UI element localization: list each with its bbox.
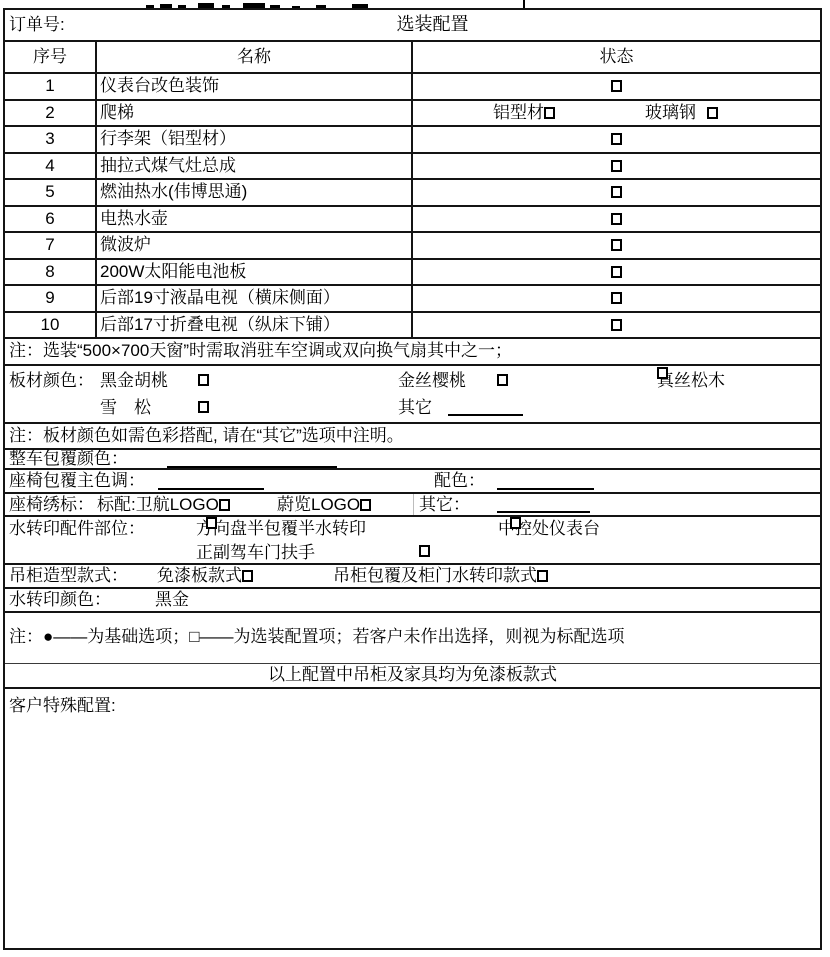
row-no: 8	[5, 260, 97, 285]
board-color-opt1-label: 黑金胡桃	[100, 367, 168, 395]
vehicle-wrap-color-label: 整车包覆颜色：	[9, 450, 128, 468]
cabinet-style-row: 吊柜造型款式： 免漆板款式 吊柜包覆及柜门水转印款式	[5, 565, 820, 589]
customer-special-row: 客户特殊配置:	[5, 689, 820, 948]
row-no: 9	[5, 286, 97, 311]
order-config-sheet: 订单号: 选装配置 序号 名称 状态 1 仪表台改色装饰 2 爬梯 铝型材 玻璃…	[0, 0, 830, 957]
checkbox-item-6[interactable]	[611, 213, 622, 225]
table-row-3: 3 行李架（铝型材）	[5, 127, 820, 154]
checkbox-steering-wheel[interactable]	[206, 517, 217, 529]
table-row-7: 7 微波炉	[5, 233, 820, 260]
cabinet-opt2-label: 吊柜包覆及柜门水转印款式	[333, 565, 548, 587]
checkbox-board-goldsilk-cherry[interactable]	[497, 374, 508, 386]
seat-wrap-main-blank[interactable]	[158, 474, 264, 490]
row-name: 爬梯	[97, 101, 413, 126]
checkbox-item-3[interactable]	[611, 133, 622, 145]
row-no: 10	[5, 313, 97, 338]
board-color-row: 板材颜色： 黑金胡桃 金丝樱桃 真丝松木 雪 松 其它	[5, 366, 820, 424]
cabinet-opt1-label: 免漆板款式	[157, 565, 253, 587]
table-row-8: 8 200W太阳能电池板	[5, 260, 820, 287]
checkbox-item-7[interactable]	[611, 239, 622, 251]
checkbox-logo-weilan[interactable]	[360, 499, 371, 511]
checkbox-fiberglass[interactable]	[707, 107, 718, 119]
seat-wrap-main-label: 座椅包覆主色调：	[9, 470, 145, 491]
note-cabinet: 以上配置中吊柜及家具均为免漆板款式	[5, 664, 820, 689]
row-no: 2	[5, 101, 97, 126]
seat-embroidery-row: 座椅绣标： 标配:卫航LOGO 蔚览LOGO 其它：	[5, 494, 820, 517]
note-board-color: 注：板材颜色如需色彩搭配, 请在“其它”选项中注明。	[5, 424, 820, 450]
header-status: 状态	[413, 42, 820, 72]
gridline	[413, 494, 414, 515]
vehicle-wrap-color-row: 整车包覆颜色：	[5, 450, 820, 470]
cabinet-style-label: 吊柜造型款式：	[9, 565, 128, 587]
board-color-label: 板材颜色：	[9, 367, 94, 395]
header-name: 名称	[97, 42, 413, 72]
row-name: 燃油热水(伟博思通)	[97, 180, 413, 205]
checkbox-cabinet-wrap-hydro[interactable]	[537, 570, 548, 582]
embroidery-other-label: 其它：	[419, 494, 470, 515]
checkbox-item-4[interactable]	[611, 160, 622, 172]
cropped-row-remnant	[0, 0, 830, 8]
header-seq: 序号	[5, 42, 97, 72]
row-name: 仪表台改色装饰	[97, 74, 413, 99]
board-color-other-label: 其它	[398, 394, 432, 422]
board-color-opt2-label: 金丝樱桃	[398, 367, 466, 395]
seat-embroidery-label: 座椅绣标：	[9, 494, 94, 515]
table-row-10: 10 后部17寸折叠电视（纵床下铺）	[5, 313, 820, 340]
row-name: 后部19寸液晶电视（横床侧面）	[97, 286, 413, 311]
embroidery-other-blank[interactable]	[497, 497, 590, 513]
hydro-parts-label: 水转印配件部位：	[9, 517, 145, 540]
hydro-color-label: 水转印颜色：	[9, 589, 111, 611]
vehicle-wrap-color-blank[interactable]	[167, 452, 337, 468]
row-no: 6	[5, 207, 97, 232]
table-row-6: 6 电热水壶	[5, 207, 820, 234]
checkbox-board-snow-pine[interactable]	[198, 401, 209, 413]
hydro-color-row: 水转印颜色： 黑金	[5, 589, 820, 613]
seat-accent-blank[interactable]	[497, 474, 594, 490]
checkbox-item-8[interactable]	[611, 266, 622, 278]
row-no: 7	[5, 233, 97, 258]
row-name: 行李架（铝型材）	[97, 127, 413, 152]
table-row-2: 2 爬梯 铝型材 玻璃钢	[5, 101, 820, 128]
table-row-1: 1 仪表台改色装饰	[5, 74, 820, 101]
page-title: 选装配置	[5, 10, 820, 39]
form-frame: 订单号: 选装配置 序号 名称 状态 1 仪表台改色装饰 2 爬梯 铝型材 玻璃…	[3, 8, 822, 950]
row-no: 4	[5, 154, 97, 179]
row-name: 抽拉式煤气灶总成	[97, 154, 413, 179]
note-skylight: 注：选装“500×700天窗”时需取消驻车空调或双向换气扇其中之一；	[5, 339, 820, 366]
table-row-9: 9 后部19寸液晶电视（横床侧面）	[5, 286, 820, 313]
hydro-parts-row: 水转印配件部位： 方向盘半包覆半水转印 中控处仪表台 正副驾车门扶手	[5, 517, 820, 565]
row-name: 电热水壶	[97, 207, 413, 232]
checkbox-logo-weihang[interactable]	[219, 499, 230, 511]
seat-accent-label: 配色：	[434, 470, 485, 491]
table-row-5: 5 燃油热水(伟博思通)	[5, 180, 820, 207]
checkbox-board-blackgold-walnut[interactable]	[198, 374, 209, 386]
checkbox-center-console[interactable]	[510, 517, 521, 529]
order-title-row: 订单号: 选装配置	[5, 10, 820, 42]
checkbox-board-silk-pine[interactable]	[657, 367, 668, 379]
embroidery-logo2-label: 蔚览LOGO	[277, 494, 371, 515]
note-legend: 注：●——为基础选项；□——为选装配置项；若客户未作出选择，则视为标配选项	[5, 613, 820, 664]
customer-special-label: 客户特殊配置:	[9, 696, 116, 715]
embroidery-std-logo-label: 标配:卫航LOGO	[97, 494, 230, 515]
row-name: 后部17寸折叠电视（纵床下铺）	[97, 313, 413, 338]
row-no: 3	[5, 127, 97, 152]
board-color-other-blank[interactable]	[448, 400, 523, 416]
row-no: 1	[5, 74, 97, 99]
option-aluminum-label: 铝型材	[493, 103, 544, 122]
row-no: 5	[5, 180, 97, 205]
checkbox-item-10[interactable]	[611, 319, 622, 331]
table-row-4: 4 抽拉式煤气灶总成	[5, 154, 820, 181]
row-name: 200W太阳能电池板	[97, 260, 413, 285]
board-color-opt4-label: 雪 松	[100, 394, 151, 422]
option-fiberglass-label: 玻璃钢	[645, 103, 696, 122]
row-name: 微波炉	[97, 233, 413, 258]
checkbox-paint-free-board[interactable]	[242, 570, 253, 582]
checkbox-item-9[interactable]	[611, 292, 622, 304]
hydro-color-value: 黑金	[155, 589, 189, 611]
checkbox-door-armrest[interactable]	[419, 545, 430, 557]
table-header: 序号 名称 状态	[5, 42, 820, 74]
checkbox-item-5[interactable]	[611, 186, 622, 198]
hydro-part3-label: 正副驾车门扶手	[196, 541, 315, 564]
checkbox-aluminum[interactable]	[544, 107, 555, 119]
checkbox-item-1[interactable]	[611, 80, 622, 92]
seat-wrap-color-row: 座椅包覆主色调： 配色：	[5, 470, 820, 494]
